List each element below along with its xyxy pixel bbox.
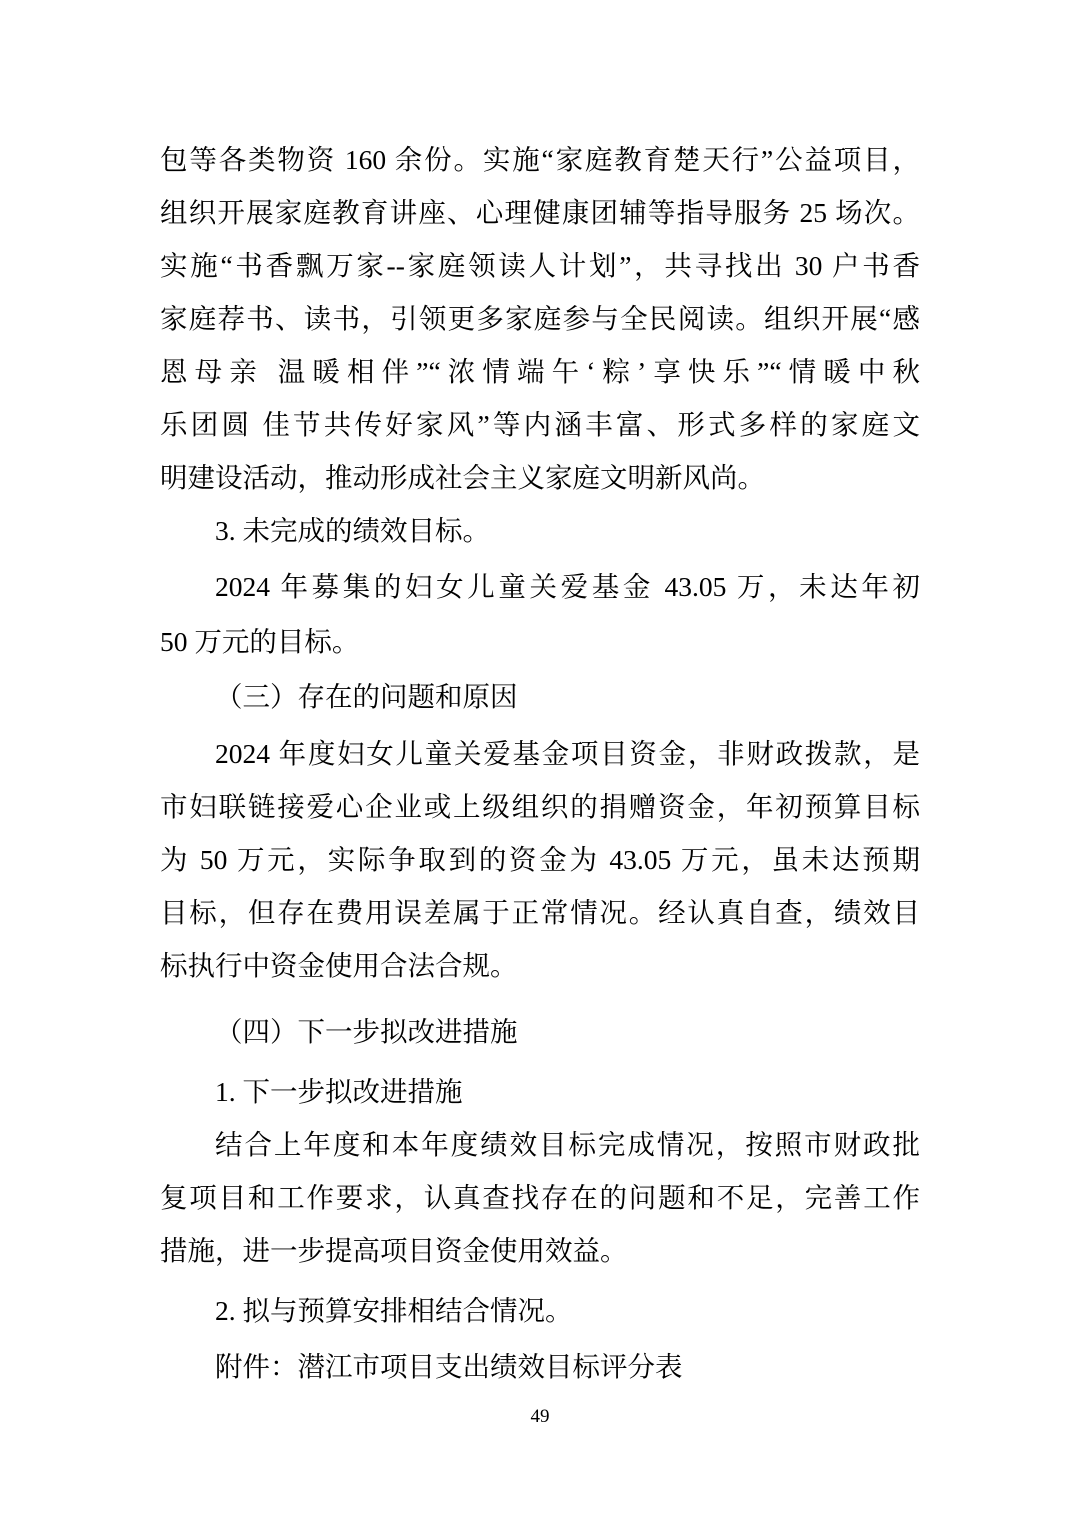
body-line: 组织开展家庭教育讲座、心理健康团辅等指导服务 25 场次。	[160, 186, 920, 239]
body-line: 标执行中资金使用合法合规。	[160, 939, 920, 992]
body-line: 措施，进一步提高项目资金使用效益。	[160, 1224, 920, 1277]
body-line: 结合上年度和本年度绩效目标完成情况，按照市财政批	[160, 1118, 920, 1171]
document-body: 包等各类物资 160 余份。实施“家庭教育楚天行”公益项目， 组织开展家庭教育讲…	[160, 133, 920, 1427]
document-page: 包等各类物资 160 余份。实施“家庭教育楚天行”公益项目， 组织开展家庭教育讲…	[0, 0, 1074, 1520]
body-line: 目标，但存在费用误差属于正常情况。经认真自查，绩效目	[160, 886, 920, 939]
body-line: 明建设活动，推动形成社会主义家庭文明新风尚。	[160, 451, 920, 504]
body-line: 复项目和工作要求，认真查找存在的问题和不足，完善工作	[160, 1171, 920, 1224]
body-line: 为 50 万元，实际争取到的资金为 43.05 万元，虽未达预期	[160, 833, 920, 886]
body-line: 包等各类物资 160 余份。实施“家庭教育楚天行”公益项目，	[160, 133, 920, 186]
body-line: 2024 年度妇女儿童关爱基金项目资金，非财政拨款，是	[160, 727, 920, 780]
section-heading-line: （三）存在的问题和原因	[160, 670, 920, 723]
body-line: 实施“书香飘万家--家庭领读人计划”，共寻找出 30 户书香	[160, 239, 920, 292]
section-heading-line: 1. 下一步拟改进措施	[160, 1065, 920, 1118]
body-line: 恩母亲 温暖相伴”“浓情端午‘粽’享快乐”“情暖中秋	[160, 345, 920, 398]
attachment-note-line: 附件：潜江市项目支出绩效目标评分表	[160, 1340, 920, 1393]
body-line: 50 万元的目标。	[160, 615, 920, 668]
section-heading-line: （四）下一步拟改进措施	[160, 1005, 920, 1058]
body-line: 家庭荐书、读书，引领更多家庭参与全民阅读。组织开展“感	[160, 292, 920, 345]
body-line: 2024 年募集的妇女儿童关爱基金 43.05 万，未达年初	[160, 560, 920, 613]
page-number: 49	[160, 1407, 920, 1427]
section-heading-line: 2. 拟与预算安排相结合情况。	[160, 1284, 920, 1337]
section-heading-line: 3. 未完成的绩效目标。	[160, 504, 920, 557]
body-line: 市妇联链接爱心企业或上级组织的捐赠资金，年初预算目标	[160, 780, 920, 833]
body-line: 乐团圆 佳节共传好家风”等内涵丰富、形式多样的家庭文	[160, 398, 920, 451]
